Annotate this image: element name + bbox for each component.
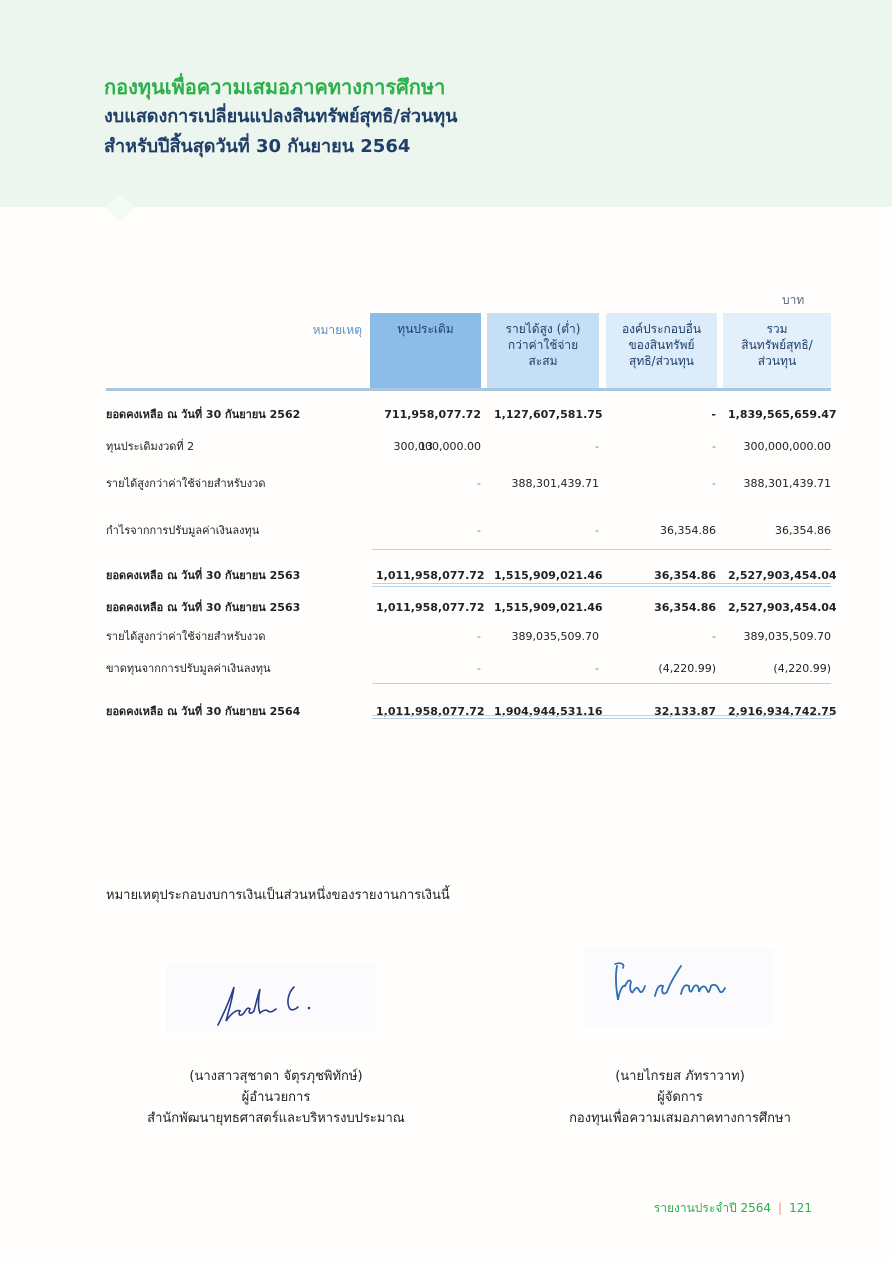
cell-value: -	[494, 659, 599, 679]
cell-value: -	[611, 405, 716, 425]
cell-value: 1,904,944,531.16	[494, 702, 599, 722]
total-double-rule	[372, 715, 831, 719]
signatory-director: (นางสาวสุชาดา จัตุรภุชพิทักษ์) ผู้อำนวยก…	[126, 1066, 426, 1129]
signatory-organization: สำนักพัฒนายุทธศาสตร์และบริหารงบประมาณ	[126, 1108, 426, 1129]
cell-value: -	[611, 627, 716, 647]
column-header-line: สะสม	[487, 353, 599, 369]
row-label: ทุนประเดิมงวดที่ 2	[106, 437, 336, 457]
signatory-organization: กองทุนเพื่อความเสมอภาคทางการศึกษา	[530, 1108, 830, 1129]
table-row: ยอดคงเหลือ ณ วันที่ 30 กันยายน 2562711,9…	[106, 405, 831, 425]
cell-value: 36,354.86	[611, 521, 716, 541]
table-row: รายได้สูงกว่าค่าใช้จ่ายสำหรับงวด-389,035…	[106, 627, 831, 647]
subtotal-rule	[372, 549, 831, 550]
signature-image-manager	[585, 948, 773, 1026]
total-double-rule	[372, 583, 831, 587]
report-label: รายงานประจำปี 2564	[654, 1201, 771, 1215]
table-row: ยอดคงเหลือ ณ วันที่ 30 กันยายน 25631,011…	[106, 598, 831, 618]
table-row: ขาดทุนจากการปรับมูลค่าเงินลงทุน--(4,220.…	[106, 659, 831, 679]
column-header-line: ทุนประเดิม	[370, 321, 481, 337]
column-header-other-components: องค์ประกอบอื่นของสินทรัพย์สุทธิ/ส่วนทุน	[606, 313, 717, 390]
cell-value: -	[494, 437, 599, 457]
note-column-header: หมายเหตุ	[300, 321, 362, 340]
row-label: รายได้สูงกว่าค่าใช้จ่ายสำหรับงวด	[106, 474, 336, 494]
signatory-position: ผู้อำนวยการ	[126, 1087, 426, 1108]
subtotal-rule	[372, 683, 831, 684]
row-label: ยอดคงเหลือ ณ วันที่ 30 กันยายน 2564	[106, 702, 336, 722]
cell-value: -	[611, 437, 716, 457]
signatory-position: ผู้จัดการ	[530, 1087, 830, 1108]
row-label: ยอดคงเหลือ ณ วันที่ 30 กันยายน 2562	[106, 405, 336, 425]
cell-value: 1,011,958,077.72	[376, 702, 481, 722]
row-label: กำไรจากการปรับมูลค่าเงินลงทุน	[106, 521, 336, 541]
cell-value: -	[376, 521, 481, 541]
signature-image-director	[166, 963, 376, 1033]
signatory-manager: (นายไกรยส ภัทราวาท) ผู้จัดการ กองทุนเพื่…	[530, 1066, 830, 1129]
signature-icon	[166, 963, 376, 1033]
cell-value: 300,000,000.00	[376, 437, 481, 457]
statement-title: งบแสดงการเปลี่ยนแปลงสินทรัพย์สุทธิ/ส่วนท…	[104, 102, 457, 132]
cell-value: 711,958,077.72	[376, 405, 481, 425]
cell-value: 2,916,934,742.75	[728, 702, 831, 722]
currency-unit: บาท	[782, 291, 804, 310]
header-rule	[106, 388, 831, 391]
signature-icon	[585, 948, 773, 1026]
row-label: ยอดคงเหลือ ณ วันที่ 30 กันยายน 2563	[106, 598, 336, 618]
cell-value: 1,011,958,077.72	[376, 598, 481, 618]
cell-value: 389,035,509.70	[494, 627, 599, 647]
cell-value: 1,839,565,659.47	[728, 405, 831, 425]
table-row: ยอดคงเหลือ ณ วันที่ 30 กันยายน 25641,011…	[106, 702, 831, 722]
column-header-accumulated-surplus: รายได้สูง (ต่ำ)กว่าค่าใช้จ่ายสะสม	[487, 313, 599, 390]
title-block: กองทุนเพื่อความเสมอภาคทางการศึกษา งบแสดง…	[104, 72, 457, 162]
column-header-line: ของสินทรัพย์	[606, 337, 717, 353]
cell-value: 32,133.87	[611, 702, 716, 722]
cell-value: 300,000,000.00	[728, 437, 831, 457]
cell-value: 1,515,909,021.46	[494, 598, 599, 618]
cell-value: (4,220.99)	[728, 659, 831, 679]
column-header-line: สินทรัพย์สุทธิ/	[723, 337, 831, 353]
cell-value: 388,301,439.71	[494, 474, 599, 494]
column-header-total: รวมสินทรัพย์สุทธิ/ส่วนทุน	[723, 313, 831, 390]
table-row: ทุนประเดิมงวดที่ 213300,000,000.00--300,…	[106, 437, 831, 457]
column-header-initial-capital: ทุนประเดิม	[370, 313, 481, 390]
period-title: สำหรับปีสิ้นสุดวันที่ 30 กันยายน 2564	[104, 132, 457, 162]
cell-value: 36,354.86	[728, 521, 831, 541]
cell-value: -	[611, 474, 716, 494]
column-header-line: ส่วนทุน	[723, 353, 831, 369]
cell-value: 2,527,903,454.04	[728, 598, 831, 618]
column-header-line: กว่าค่าใช้จ่าย	[487, 337, 599, 353]
row-label: รายได้สูงกว่าค่าใช้จ่ายสำหรับงวด	[106, 627, 336, 647]
cell-value: -	[376, 659, 481, 679]
column-header-line: สุทธิ/ส่วนทุน	[606, 353, 717, 369]
cell-value: -	[376, 627, 481, 647]
footnote: หมายเหตุประกอบงบการเงินเป็นส่วนหนึ่งของร…	[106, 884, 450, 905]
table-row: รายได้สูงกว่าค่าใช้จ่ายสำหรับงวด-388,301…	[106, 474, 831, 494]
cell-value: (4,220.99)	[611, 659, 716, 679]
column-header-line: รวม	[723, 321, 831, 337]
page-number: 121	[789, 1201, 812, 1215]
page-footer: รายงานประจำปี 2564|121	[654, 1199, 812, 1218]
row-label: ขาดทุนจากการปรับมูลค่าเงินลงทุน	[106, 659, 336, 679]
cell-value: 388,301,439.71	[728, 474, 831, 494]
column-header-line: รายได้สูง (ต่ำ)	[487, 321, 599, 337]
signatory-name: (นางสาวสุชาดา จัตุรภุชพิทักษ์)	[126, 1066, 426, 1087]
table-row: กำไรจากการปรับมูลค่าเงินลงทุน--36,354.86…	[106, 521, 831, 541]
cell-value: 389,035,509.70	[728, 627, 831, 647]
cell-value: 1,127,607,581.75	[494, 405, 599, 425]
signatory-name: (นายไกรยส ภัทราวาท)	[530, 1066, 830, 1087]
cell-value: 36,354.86	[611, 598, 716, 618]
footer-separator: |	[778, 1201, 782, 1215]
cell-value: -	[494, 521, 599, 541]
cell-value: -	[376, 474, 481, 494]
row-label: ยอดคงเหลือ ณ วันที่ 30 กันยายน 2563	[106, 566, 336, 586]
org-title: กองทุนเพื่อความเสมอภาคทางการศึกษา	[104, 72, 457, 102]
column-header-line: องค์ประกอบอื่น	[606, 321, 717, 337]
